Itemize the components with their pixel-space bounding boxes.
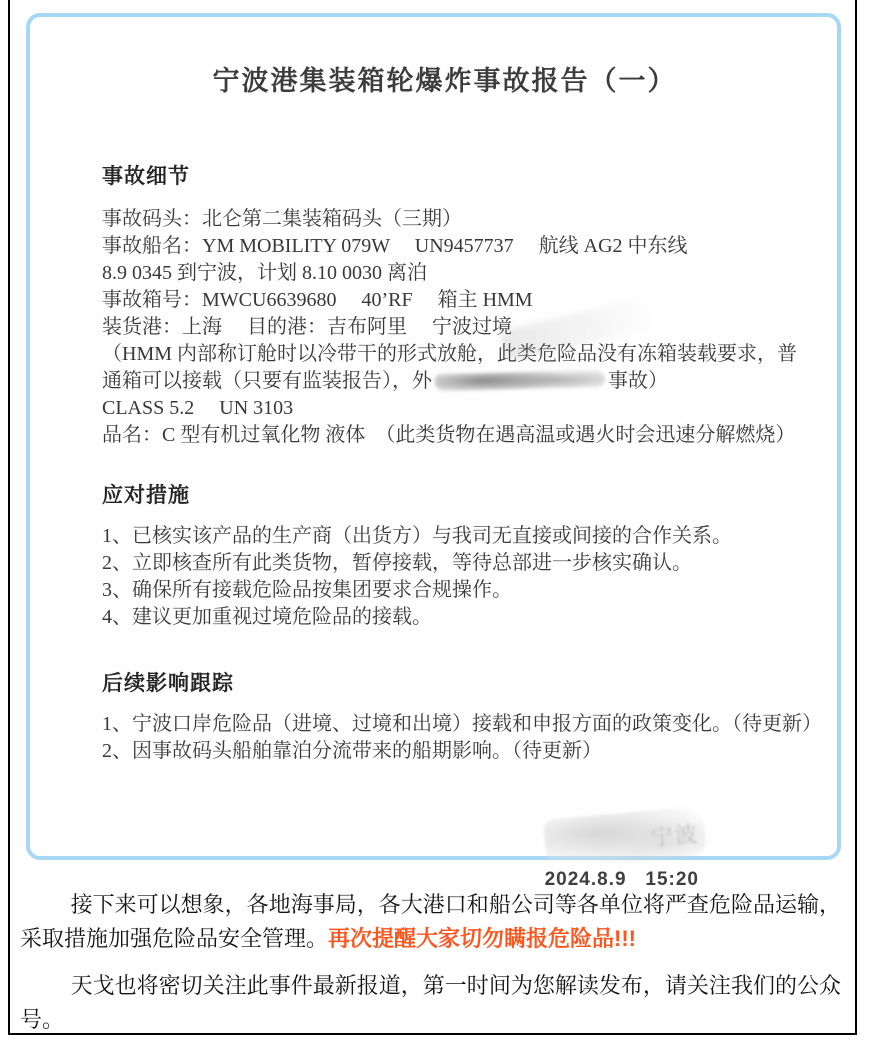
measure-item: 4、建议更加重视过境危险品的接载。 [102, 604, 787, 631]
report-title: 宁波港集装箱轮爆炸事故报告（一） [102, 59, 787, 98]
accident-details-block: 事故码头：北仑第二集装箱码头（三期） 事故船名：YM MOBILITY 079W… [102, 206, 787, 449]
section-heading-measures: 应对措施 [102, 479, 787, 509]
detail-line-vessel: 事故船名：YM MOBILITY 079W UN9457737 航线 AG2 中… [102, 233, 787, 260]
detail-line-booking-note-2: 通箱可以接载（只要有监装报告），外事故） [102, 368, 787, 395]
followup-item: 2、因事故码头船舶靠泊分流带来的船期影响。（待更新） [102, 738, 787, 765]
warning-highlight-text: 再次提醒大家切勿瞒报危险品!!! [328, 926, 636, 951]
stamp-smudge: 宁波 [543, 806, 707, 870]
commentary-paragraph-1: 接下来可以想象，各地海事局，各大港口和船公司等各单位将严查危险品运输，采取措施加… [20, 888, 841, 956]
section-heading-followup: 后续影响跟踪 [102, 667, 787, 697]
commentary-block: 接下来可以想象，各地海事局，各大港口和船公司等各单位将严查危险品运输，采取措施加… [20, 888, 841, 1037]
followup-item: 1、宁波口岸危险品（进境、过境和出境）接载和申报方面的政策变化。（待更新） [102, 711, 787, 738]
measure-item: 3、确保所有接载危险品按集团要求合规操作。 [102, 577, 787, 604]
detail-line-terminal: 事故码头：北仑第二集装箱码头（三期） [102, 206, 787, 233]
measure-item: 2、立即核查所有此类货物，暂停接载，等待总部进一步核实确认。 [102, 550, 787, 577]
detail-line-product-name: 品名：C 型有机过氧化物 液体 （此类货物在遇高温或遇火时会迅速分解燃烧） [102, 422, 787, 449]
detail-line-booking-note-1: （HMM 内部称订舱时以冷带干的形式放舱，此类危险品没有冻箱装载要求，普 [102, 341, 787, 368]
detail-line-schedule: 8.9 0345 到宁波，计划 8.10 0030 离泊 [102, 260, 787, 287]
commentary-paragraph-2: 天戈也将密切关注此事件最新报道，第一时间为您解读发布，请关注我们的公众号。 [20, 969, 841, 1037]
detail-line-container: 事故箱号：MWCU6639680 40’RF 箱主 HMM [102, 287, 787, 314]
measure-item: 1、已核实该产品的生产商（出货方）与我司无直接或间接的合作关系。 [102, 523, 787, 550]
followup-list: 1、宁波口岸危险品（进境、过境和出境）接载和申报方面的政策变化。（待更新） 2、… [102, 711, 787, 765]
signature-area: 宁波 2024.8.9 15:20 [102, 813, 787, 891]
outer-frame: 宁波港集装箱轮爆炸事故报告（一） 事故细节 事故码头：北仑第二集装箱码头（三期）… [8, 0, 857, 1035]
stamp-text: 宁波 [650, 818, 701, 853]
redaction-smudge [435, 370, 605, 391]
article-page: 宁波港集装箱轮爆炸事故报告（一） 事故细节 事故码头：北仑第二集装箱码头（三期）… [0, 0, 869, 1045]
detail-line-ports: 装货港：上海 目的港：吉布阿里 宁波过境 [102, 314, 787, 341]
report-card-image: 宁波港集装箱轮爆炸事故报告（一） 事故细节 事故码头：北仑第二集装箱码头（三期）… [26, 13, 841, 860]
report-datetime: 2024.8.9 15:20 [545, 869, 705, 891]
detail-line-class-un: CLASS 5.2 UN 3103 [102, 395, 787, 422]
section-heading-accident-details: 事故细节 [102, 160, 787, 190]
detail-line-pre-redaction: 通箱可以接载（只要有监装报告），外 [102, 370, 432, 392]
measures-list: 1、已核实该产品的生产商（出货方）与我司无直接或间接的合作关系。 2、立即核查所… [102, 523, 787, 631]
detail-line-post-redaction: 事故） [608, 370, 668, 392]
